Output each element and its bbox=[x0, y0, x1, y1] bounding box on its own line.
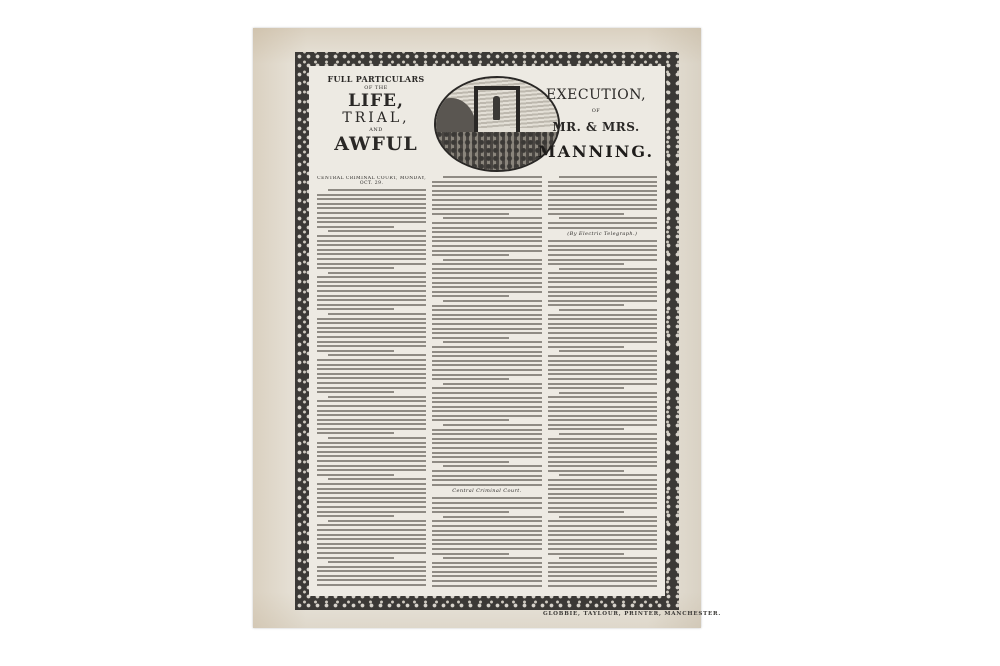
text-line bbox=[559, 309, 657, 311]
text-line bbox=[432, 566, 541, 568]
text-line bbox=[317, 566, 426, 568]
text-line bbox=[317, 341, 426, 343]
execution-heading: EXECUTION, bbox=[537, 86, 655, 104]
text-line bbox=[328, 354, 426, 356]
text-line bbox=[432, 199, 541, 201]
text-line bbox=[548, 199, 657, 201]
text-line bbox=[317, 400, 426, 402]
text-line bbox=[317, 258, 426, 260]
text-line bbox=[328, 437, 426, 439]
text-line bbox=[317, 483, 426, 485]
text-line bbox=[317, 304, 426, 306]
gallows-beam bbox=[474, 86, 520, 90]
text-line bbox=[317, 579, 426, 581]
text-line bbox=[432, 337, 509, 339]
text-line bbox=[432, 222, 541, 224]
text-line bbox=[317, 442, 426, 444]
text-line bbox=[548, 548, 657, 550]
text-line bbox=[548, 208, 657, 210]
text-line bbox=[317, 515, 394, 517]
text-line bbox=[548, 277, 657, 279]
text-line bbox=[432, 295, 509, 297]
text-line bbox=[317, 345, 426, 347]
text-line bbox=[328, 189, 426, 191]
text-line bbox=[432, 387, 541, 389]
text-line bbox=[432, 272, 541, 274]
text-line bbox=[548, 259, 657, 261]
text-line bbox=[432, 475, 541, 477]
text-line bbox=[317, 391, 394, 393]
text-line bbox=[548, 383, 657, 385]
text-line bbox=[432, 415, 541, 417]
text-line bbox=[432, 456, 541, 458]
text-line bbox=[548, 406, 657, 408]
text-line bbox=[432, 442, 541, 444]
text-line bbox=[317, 253, 426, 255]
manning-heading: MANNING. bbox=[537, 142, 655, 161]
text-line bbox=[317, 557, 394, 559]
text-line bbox=[317, 299, 426, 301]
text-line bbox=[432, 530, 541, 532]
text-line bbox=[548, 520, 657, 522]
text-line bbox=[317, 235, 426, 237]
text-line bbox=[548, 181, 657, 183]
text-line bbox=[432, 429, 541, 431]
text-line bbox=[432, 332, 541, 334]
text-line bbox=[328, 561, 426, 563]
text-line bbox=[443, 176, 541, 178]
text-line bbox=[443, 300, 541, 302]
text-line bbox=[317, 198, 426, 200]
text-line bbox=[432, 580, 541, 582]
text-line bbox=[317, 336, 426, 338]
text-line bbox=[432, 245, 541, 247]
text-line bbox=[432, 268, 541, 270]
text-line bbox=[432, 305, 541, 307]
text-line bbox=[317, 244, 426, 246]
text-line bbox=[548, 543, 657, 545]
text-line bbox=[432, 351, 541, 353]
text-line bbox=[559, 268, 657, 270]
text-line bbox=[548, 539, 657, 541]
text-line bbox=[432, 291, 541, 293]
text-line bbox=[317, 359, 426, 361]
text-line bbox=[328, 313, 426, 315]
text-line bbox=[432, 534, 541, 536]
text-line bbox=[328, 478, 426, 480]
text-line bbox=[432, 502, 541, 504]
text-line bbox=[317, 276, 426, 278]
text-line bbox=[548, 314, 657, 316]
text-line bbox=[317, 194, 426, 196]
text-line bbox=[317, 217, 426, 219]
text-line bbox=[559, 217, 657, 219]
text-line bbox=[548, 360, 657, 362]
text-line bbox=[317, 263, 426, 265]
text-line bbox=[548, 465, 657, 467]
text-line bbox=[548, 396, 657, 398]
text-line bbox=[443, 516, 541, 518]
text-line bbox=[548, 438, 657, 440]
text-line bbox=[548, 245, 657, 247]
text-line bbox=[317, 538, 426, 540]
text-line bbox=[317, 368, 426, 370]
text-line bbox=[548, 369, 657, 371]
text-line bbox=[432, 571, 541, 573]
trial-heading: TRIAL, bbox=[321, 110, 431, 126]
text-line bbox=[432, 419, 509, 421]
text-line bbox=[432, 374, 541, 376]
text-line bbox=[432, 286, 541, 288]
text-line bbox=[548, 511, 625, 513]
text-line bbox=[548, 272, 657, 274]
text-line bbox=[443, 424, 541, 426]
text-line bbox=[559, 557, 657, 559]
text-line bbox=[432, 318, 541, 320]
text-line bbox=[432, 309, 541, 311]
text-line bbox=[548, 525, 657, 527]
text-line bbox=[548, 479, 657, 481]
text-line bbox=[432, 240, 541, 242]
text-line bbox=[317, 547, 426, 549]
text-line bbox=[548, 530, 657, 532]
text-line bbox=[548, 341, 657, 343]
text-line bbox=[548, 415, 657, 417]
text-line bbox=[548, 502, 657, 504]
text-line bbox=[317, 387, 426, 389]
text-line bbox=[548, 194, 657, 196]
text-line bbox=[432, 553, 509, 555]
text-line bbox=[317, 552, 426, 554]
text-line bbox=[432, 575, 541, 577]
text-line bbox=[432, 447, 541, 449]
text-line bbox=[317, 290, 426, 292]
text-line bbox=[432, 263, 541, 265]
column-subheading: Central Criminal Court. bbox=[432, 488, 541, 494]
text-line bbox=[317, 364, 426, 366]
text-line bbox=[432, 378, 509, 380]
text-line bbox=[432, 438, 541, 440]
text-line bbox=[432, 204, 541, 206]
text-line bbox=[548, 456, 657, 458]
text-line bbox=[432, 314, 541, 316]
text-line bbox=[548, 562, 657, 564]
text-line bbox=[548, 470, 625, 472]
text-line bbox=[548, 249, 657, 251]
text-line bbox=[548, 254, 657, 256]
text-line bbox=[317, 474, 394, 476]
text-line bbox=[317, 382, 426, 384]
text-line bbox=[317, 212, 426, 214]
gallows-post-right bbox=[516, 86, 520, 134]
text-line bbox=[548, 281, 657, 283]
text-line bbox=[328, 520, 426, 522]
text-line bbox=[432, 525, 541, 527]
text-line bbox=[317, 446, 426, 448]
text-line bbox=[317, 308, 394, 310]
text-line bbox=[317, 584, 426, 586]
text-line bbox=[432, 282, 541, 284]
text-line bbox=[317, 318, 426, 320]
text-line bbox=[317, 419, 426, 421]
text-line bbox=[443, 465, 541, 467]
text-line bbox=[317, 414, 426, 416]
text-line bbox=[548, 304, 625, 306]
text-line bbox=[548, 190, 657, 192]
text-line bbox=[317, 543, 426, 545]
text-line bbox=[548, 534, 657, 536]
text-line bbox=[548, 571, 657, 573]
text-line bbox=[548, 410, 657, 412]
text-line bbox=[432, 323, 541, 325]
text-line bbox=[317, 226, 394, 228]
text-line bbox=[317, 492, 426, 494]
text-line bbox=[432, 181, 541, 183]
text-line bbox=[317, 524, 426, 526]
text-line bbox=[317, 460, 426, 462]
text-line bbox=[432, 213, 509, 215]
text-line bbox=[559, 433, 657, 435]
hanging-figure bbox=[493, 96, 500, 120]
text-line bbox=[548, 378, 657, 380]
text-line bbox=[317, 295, 426, 297]
text-line bbox=[559, 516, 657, 518]
dateline: CENTRAL CRIMINAL COURT, MONDAY, OCT. 29. bbox=[317, 176, 426, 186]
broadside-content: FULL PARTICULARS OF THE LIFE, TRIAL, AND… bbox=[309, 66, 665, 596]
text-line bbox=[317, 373, 426, 375]
text-line bbox=[432, 346, 541, 348]
text-line bbox=[548, 337, 657, 339]
text-line bbox=[548, 346, 625, 348]
text-line bbox=[317, 405, 426, 407]
text-line bbox=[317, 377, 426, 379]
text-line bbox=[548, 323, 657, 325]
text-line bbox=[317, 497, 426, 499]
text-line bbox=[432, 585, 541, 587]
header-right: EXECUTION, OF MR. & MRS. MANNING. bbox=[537, 86, 655, 161]
text-line bbox=[548, 373, 657, 375]
text-line bbox=[443, 557, 541, 559]
text-line bbox=[432, 539, 541, 541]
column-2: Central Criminal Court. bbox=[432, 176, 541, 588]
printer-imprint: GLOBBIE, TAYLOUR, PRINTER, MANCHESTER. bbox=[543, 611, 721, 617]
column-subheading: (By Electric Telegraph.) bbox=[548, 231, 657, 237]
text-line bbox=[317, 455, 426, 457]
text-line bbox=[443, 259, 541, 261]
text-line bbox=[317, 432, 394, 434]
text-line bbox=[432, 497, 541, 499]
text-line bbox=[548, 507, 657, 509]
text-line bbox=[548, 204, 657, 206]
text-line bbox=[432, 250, 541, 252]
text-line bbox=[559, 176, 657, 178]
text-line bbox=[548, 428, 625, 430]
text-line bbox=[317, 221, 426, 223]
text-line bbox=[328, 230, 426, 232]
text-line bbox=[317, 469, 426, 471]
text-line bbox=[432, 392, 541, 394]
text-line bbox=[432, 208, 541, 210]
text-line bbox=[317, 506, 426, 508]
text-line bbox=[432, 548, 541, 550]
text-line bbox=[317, 281, 426, 283]
text-line bbox=[432, 484, 541, 486]
text-line bbox=[548, 213, 625, 215]
text-line bbox=[548, 451, 657, 453]
text-line bbox=[432, 543, 541, 545]
text-line bbox=[432, 355, 541, 357]
text-line bbox=[317, 465, 426, 467]
text-line bbox=[317, 327, 426, 329]
text-line bbox=[317, 423, 426, 425]
text-line bbox=[432, 461, 509, 463]
text-line bbox=[443, 217, 541, 219]
text-line bbox=[432, 433, 541, 435]
text-line bbox=[548, 364, 657, 366]
text-line bbox=[432, 511, 509, 513]
text-line bbox=[432, 562, 541, 564]
text-line bbox=[317, 267, 394, 269]
text-line bbox=[317, 428, 426, 430]
awful-heading: AWFUL bbox=[321, 134, 431, 154]
text-line bbox=[548, 240, 657, 242]
text-line bbox=[317, 207, 426, 209]
broadside-paper: FULL PARTICULARS OF THE LIFE, TRIAL, AND… bbox=[253, 28, 701, 628]
text-line bbox=[548, 461, 657, 463]
text-line bbox=[548, 291, 657, 293]
text-line bbox=[432, 360, 541, 362]
text-line bbox=[548, 488, 657, 490]
text-line bbox=[548, 419, 657, 421]
text-line bbox=[548, 300, 657, 302]
text-line bbox=[559, 392, 657, 394]
text-line bbox=[548, 580, 657, 582]
text-line bbox=[432, 254, 509, 256]
text-line bbox=[317, 249, 426, 251]
text-line bbox=[548, 442, 657, 444]
text-line bbox=[548, 493, 657, 495]
text-line bbox=[317, 451, 426, 453]
text-line bbox=[548, 332, 657, 334]
text-line bbox=[443, 341, 541, 343]
text-line bbox=[432, 520, 541, 522]
text-line bbox=[548, 566, 657, 568]
text-line bbox=[317, 285, 426, 287]
text-line bbox=[443, 383, 541, 385]
text-line bbox=[548, 484, 657, 486]
text-line bbox=[317, 570, 426, 572]
floral-border: FULL PARTICULARS OF THE LIFE, TRIAL, AND… bbox=[295, 52, 679, 610]
text-line bbox=[328, 396, 426, 398]
text-columns: CENTRAL CRIMINAL COURT, MONDAY, OCT. 29.… bbox=[317, 176, 657, 588]
text-line bbox=[432, 185, 541, 187]
text-line bbox=[548, 497, 657, 499]
text-line bbox=[548, 318, 657, 320]
column-3: (By Electric Telegraph.) bbox=[548, 176, 657, 588]
text-line bbox=[317, 575, 426, 577]
text-line bbox=[432, 401, 541, 403]
text-line bbox=[548, 387, 625, 389]
of-text: OF bbox=[537, 108, 655, 114]
text-line bbox=[548, 585, 657, 587]
text-line bbox=[432, 397, 541, 399]
text-line bbox=[317, 203, 426, 205]
text-line bbox=[317, 331, 426, 333]
text-line bbox=[548, 575, 657, 577]
text-line bbox=[548, 401, 657, 403]
column-1: CENTRAL CRIMINAL COURT, MONDAY, OCT. 29. bbox=[317, 176, 426, 588]
text-line bbox=[548, 222, 657, 224]
text-line bbox=[548, 355, 657, 357]
text-line bbox=[548, 447, 657, 449]
full-particulars-heading: FULL PARTICULARS bbox=[321, 74, 431, 84]
text-line bbox=[317, 240, 426, 242]
text-line bbox=[317, 322, 426, 324]
text-line bbox=[432, 470, 541, 472]
life-heading: LIFE, bbox=[321, 92, 431, 110]
text-line bbox=[317, 529, 426, 531]
text-line bbox=[548, 424, 657, 426]
mr-mrs-heading: MR. & MRS. bbox=[537, 118, 655, 136]
text-line bbox=[548, 553, 625, 555]
text-line bbox=[559, 474, 657, 476]
text-line bbox=[548, 185, 657, 187]
text-line bbox=[317, 350, 394, 352]
text-line bbox=[432, 277, 541, 279]
text-line bbox=[432, 410, 541, 412]
text-line bbox=[432, 231, 541, 233]
text-line bbox=[432, 190, 541, 192]
text-line bbox=[548, 295, 657, 297]
text-line bbox=[317, 410, 426, 412]
text-line bbox=[432, 227, 541, 229]
text-line bbox=[548, 227, 657, 229]
text-line bbox=[317, 501, 426, 503]
text-line bbox=[548, 327, 657, 329]
header-left: FULL PARTICULARS OF THE LIFE, TRIAL, AND… bbox=[321, 74, 431, 154]
text-line bbox=[432, 328, 541, 330]
text-line bbox=[317, 511, 426, 513]
gallows-post-left bbox=[474, 86, 478, 134]
text-line bbox=[559, 350, 657, 352]
text-line bbox=[432, 479, 541, 481]
text-line bbox=[432, 406, 541, 408]
text-line bbox=[432, 507, 541, 509]
text-line bbox=[432, 194, 541, 196]
text-line bbox=[432, 369, 541, 371]
text-line bbox=[548, 263, 625, 265]
text-line bbox=[432, 236, 541, 238]
text-line bbox=[432, 452, 541, 454]
text-line bbox=[548, 286, 657, 288]
text-line bbox=[328, 272, 426, 274]
text-line bbox=[317, 534, 426, 536]
text-line bbox=[432, 364, 541, 366]
text-line bbox=[317, 488, 426, 490]
